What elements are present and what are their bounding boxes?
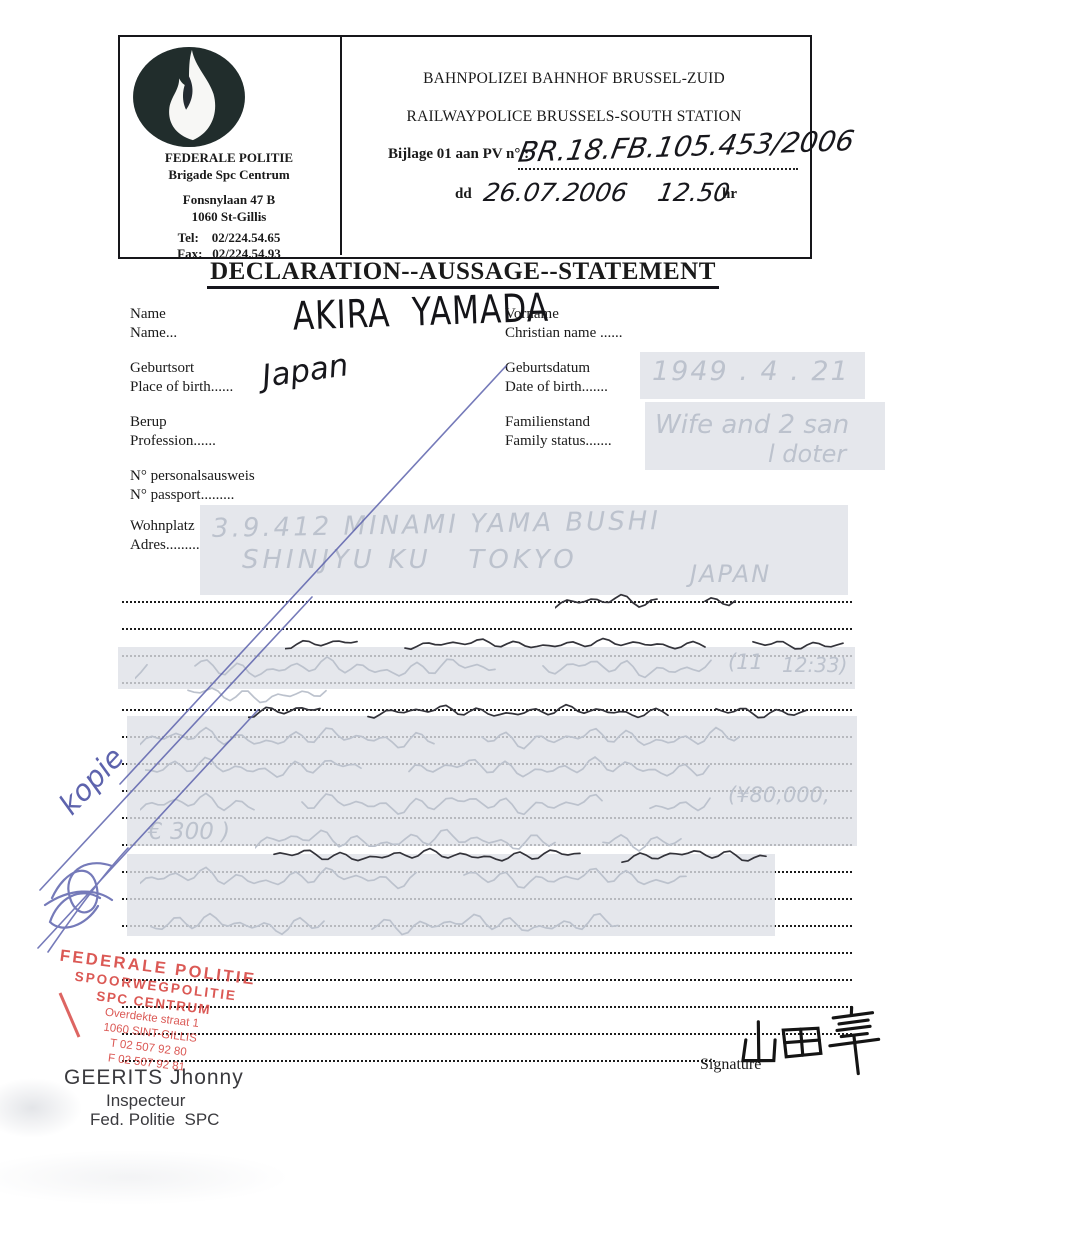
signature-kanji-handwriting <box>733 996 887 1089</box>
statement-fragment-cash-yen: (¥80,000, <box>728 783 830 807</box>
pen-scribble-line <box>248 700 808 728</box>
date-label: dd <box>455 186 472 203</box>
officer-unit: Fed. Politie SPC <box>90 1110 219 1130</box>
time-unit-label: hr <box>722 186 737 203</box>
faint-statement-line <box>145 752 715 789</box>
family-value-line2-faint: l doter <box>768 440 846 468</box>
address-line3-faint: JAPAN <box>690 560 771 588</box>
police-ink-stamp: FEDERALE POLITIE SPOORWEGPOLITIE SPC CEN… <box>41 946 263 1084</box>
address-line2-faint: SHINJYU KU TOKYO <box>242 545 578 575</box>
signature-label: Signature <box>700 1056 761 1074</box>
name-value-handwriting: AKIRA YAMADA <box>292 285 550 340</box>
agency-tel: Tel: 02/224.54.65 <box>120 230 338 246</box>
federal-police-flame-logo-icon <box>130 44 248 150</box>
pen-scribble-line <box>285 634 845 659</box>
agency-unit: Brigade Spc Centrum <box>120 167 338 183</box>
copy-note-handwriting: kopie <box>52 740 131 821</box>
field-label-birthdate: GeburtsdatumDate of birth....... <box>505 359 608 397</box>
dotted-line <box>122 952 852 954</box>
agency-address2: 1060 St-Gillis <box>120 209 338 225</box>
station-name-en: RAILWAYPOLICE BRUSSELS-SOUTH STATION <box>342 108 806 126</box>
officer-name: GEERITS Jhonny <box>64 1066 244 1090</box>
field-label-family-status: FamilienstandFamily status....... <box>505 413 612 451</box>
pen-scribble-line <box>238 844 768 872</box>
blue-signature-scribble <box>45 863 112 927</box>
pv-dotted-line <box>518 168 798 170</box>
station-name-de: BAHNPOLIZEI BAHNHOF BRUSSEL-ZUID <box>342 70 806 88</box>
agency-address1: Fonsnylaan 47 B <box>120 192 338 208</box>
date-handwriting: 26.07.2006 <box>481 178 629 207</box>
document-title-text: DECLARATION--AUSSAGE--STATEMENT <box>207 258 719 289</box>
field-label-birthplace: GeburtsortPlace of birth...... <box>130 359 233 397</box>
pen-diagonal-line <box>48 848 128 952</box>
header-divider <box>340 35 342 255</box>
field-label-profession: BerupProfession...... <box>130 413 216 451</box>
time-handwriting: 12.50 <box>655 178 732 207</box>
faint-statement-line <box>150 908 620 945</box>
agency-org: FEDERALE POLITIE <box>120 150 338 166</box>
field-label-name: NameName... <box>130 305 177 343</box>
field-label-passport: N° personalsausweisN° passport......... <box>130 467 255 505</box>
birthdate-value-faint: 1949 . 4 . 21 <box>652 356 850 387</box>
document-title: DECLARATION--AUSSAGE--STATEMENT <box>118 258 808 286</box>
pen-scribble-line <box>555 589 740 620</box>
dotted-line <box>122 628 852 630</box>
field-label-address: WohnplatzAdres......... <box>130 517 200 555</box>
statement-fragment-cash-eur: € 300 ) <box>148 819 230 845</box>
pv-label: Bijlage 01 aan PV n° : <box>388 146 529 163</box>
dotted-line <box>122 601 852 603</box>
scan-smudge <box>0 1150 290 1205</box>
officer-rank: Inspecteur <box>106 1091 185 1111</box>
birthplace-value-handwriting: Japan <box>260 347 351 395</box>
scanned-declaration-form: FEDERALE POLITIE Brigade Spc Centrum Fon… <box>0 0 1080 1243</box>
family-value-line1-faint: Wife and 2 san <box>655 410 849 440</box>
